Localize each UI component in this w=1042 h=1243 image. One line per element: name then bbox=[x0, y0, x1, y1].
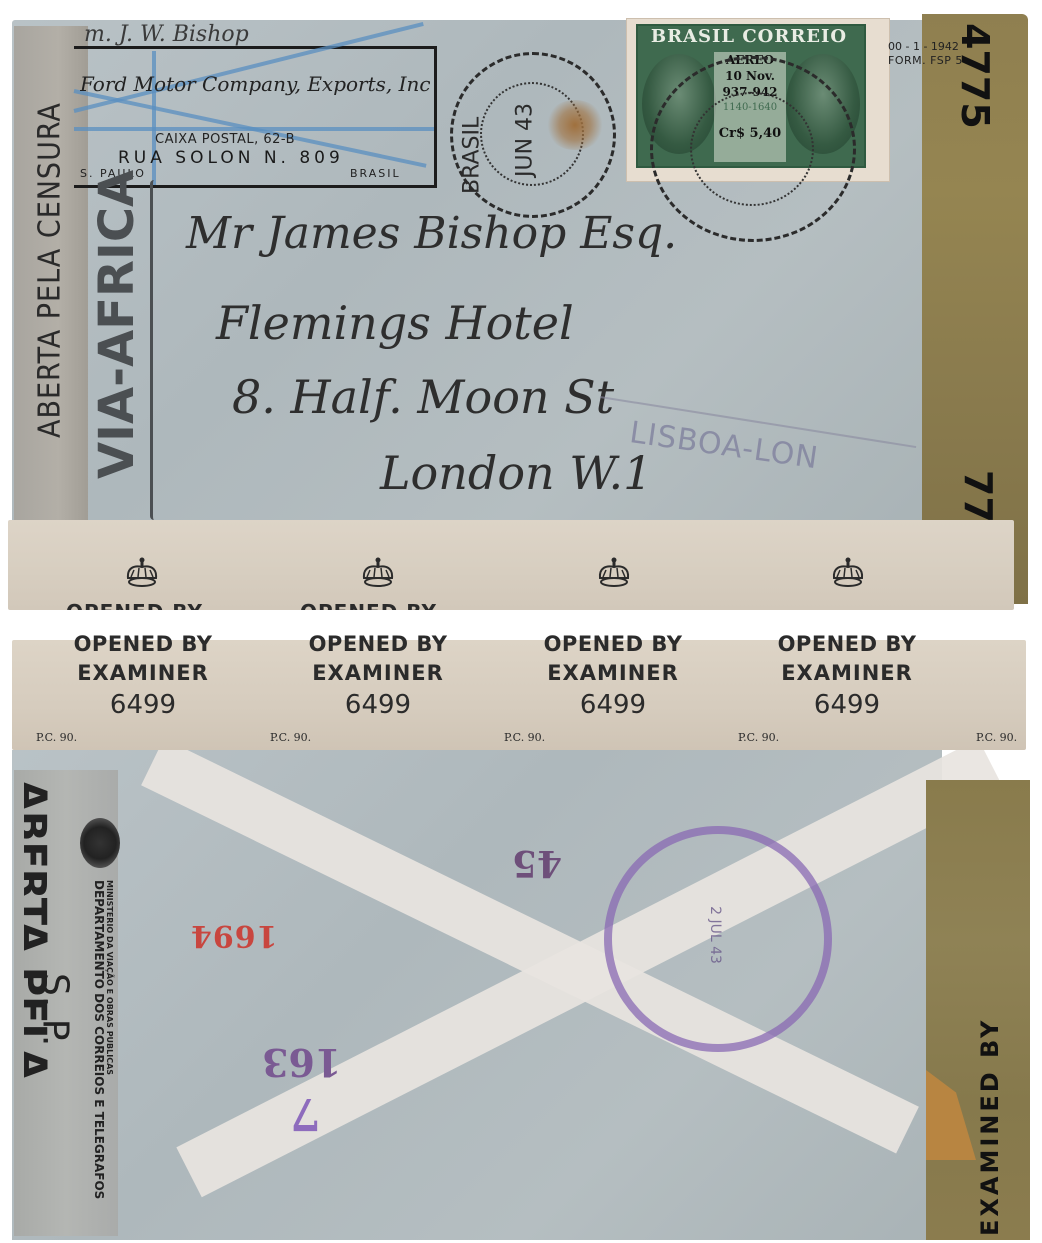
crown-icon bbox=[360, 556, 396, 590]
examiner-label-line1: OPENED BY bbox=[293, 630, 463, 658]
address-hotel: Flemings Hotel bbox=[216, 296, 574, 350]
address-recipient: Mr James Bishop Esq. bbox=[186, 208, 677, 259]
sender-street: RUA SOLON N. 809 bbox=[118, 148, 344, 168]
censor-strip-region: S. P. bbox=[30, 960, 80, 1060]
examiner-number: 6499 bbox=[58, 688, 228, 722]
sender-handwritten-name: m. J. W. Bishop bbox=[84, 22, 249, 47]
postmark-country: BRASIL bbox=[452, 100, 492, 210]
coat-of-arms-icon bbox=[80, 818, 120, 868]
censor-strip-right-label: EXAMINED BY bbox=[970, 780, 1010, 1236]
examiner-number: 6499 bbox=[762, 688, 932, 722]
examiner-label: OPENED BY EXAMINER 6499 bbox=[58, 630, 228, 722]
examiner-number: 6499 bbox=[293, 688, 463, 722]
crown-icon bbox=[596, 556, 632, 590]
sender-country: BRASIL bbox=[350, 167, 401, 180]
address-city: London W.1 bbox=[380, 446, 652, 500]
crown-icon bbox=[124, 556, 160, 590]
examiner-label: OPENED BY EXAMINER 6499 bbox=[293, 630, 463, 722]
route-marking: VIA-AFRICA bbox=[86, 170, 148, 520]
crown-icon bbox=[830, 556, 866, 590]
form-print-date: 00 - 1 - 1942 bbox=[888, 40, 959, 53]
sender-company: Ford Motor Company, Exports, Inc. bbox=[80, 72, 430, 96]
handstamp-1694: 1694 bbox=[190, 918, 278, 953]
form-code: P.C. 90. bbox=[270, 731, 311, 744]
form-code: P.C. 90. bbox=[976, 731, 1017, 744]
blue-crayon-line bbox=[74, 127, 434, 131]
form-code: P.C. 90. bbox=[738, 731, 779, 744]
examiner-label-line2: EXAMINER bbox=[762, 658, 932, 688]
handstamp-163: 163 bbox=[262, 1040, 341, 1085]
examiner-label-line1: OPENED BY bbox=[528, 630, 698, 658]
postmark-inner-ring-2 bbox=[690, 92, 814, 206]
examiner-label-line2: EXAMINER bbox=[293, 658, 463, 688]
handstamp-45: 45 bbox=[512, 842, 562, 884]
examiner-label: OPENED BY EXAMINER 6499 bbox=[528, 630, 698, 722]
examiner-label-line1: OPENED BY bbox=[58, 630, 228, 658]
circular-cancel-date: 2 JUL 43 bbox=[660, 880, 770, 990]
examiner-label-line2: EXAMINER bbox=[528, 658, 698, 688]
handstamp-7: 7 bbox=[290, 1088, 321, 1139]
form-print-code: FORM. FSP 5 bbox=[888, 54, 963, 67]
censor-strip-number-top: 4775 bbox=[950, 6, 1000, 146]
stamp-title: BRASIL CORREIO bbox=[640, 26, 858, 47]
postmark-date: JUN 43 bbox=[505, 100, 545, 180]
stain bbox=[545, 100, 605, 150]
form-code: P.C. 90. bbox=[504, 731, 545, 744]
examiner-label: OPENED BY EXAMINER 6499 bbox=[762, 630, 932, 722]
censor-strip-label: ABERTA PELA CENSURA bbox=[20, 40, 80, 500]
image-divider bbox=[0, 610, 1042, 626]
sender-po-box: CAIXA POSTAL, 62-B bbox=[155, 132, 295, 147]
examiner-label-line2: EXAMINER bbox=[58, 658, 228, 688]
examiner-label-line1: OPENED BY bbox=[762, 630, 932, 658]
address-street: 8. Half. Moon St bbox=[232, 370, 614, 424]
examiner-number: 6499 bbox=[528, 688, 698, 722]
censor-strip-ministry: MINISTERIO DA VIAÇÃO E OBRAS PUBLICAS bbox=[100, 880, 114, 1180]
form-code: P.C. 90. bbox=[36, 731, 77, 744]
route-marking-line bbox=[150, 180, 161, 520]
